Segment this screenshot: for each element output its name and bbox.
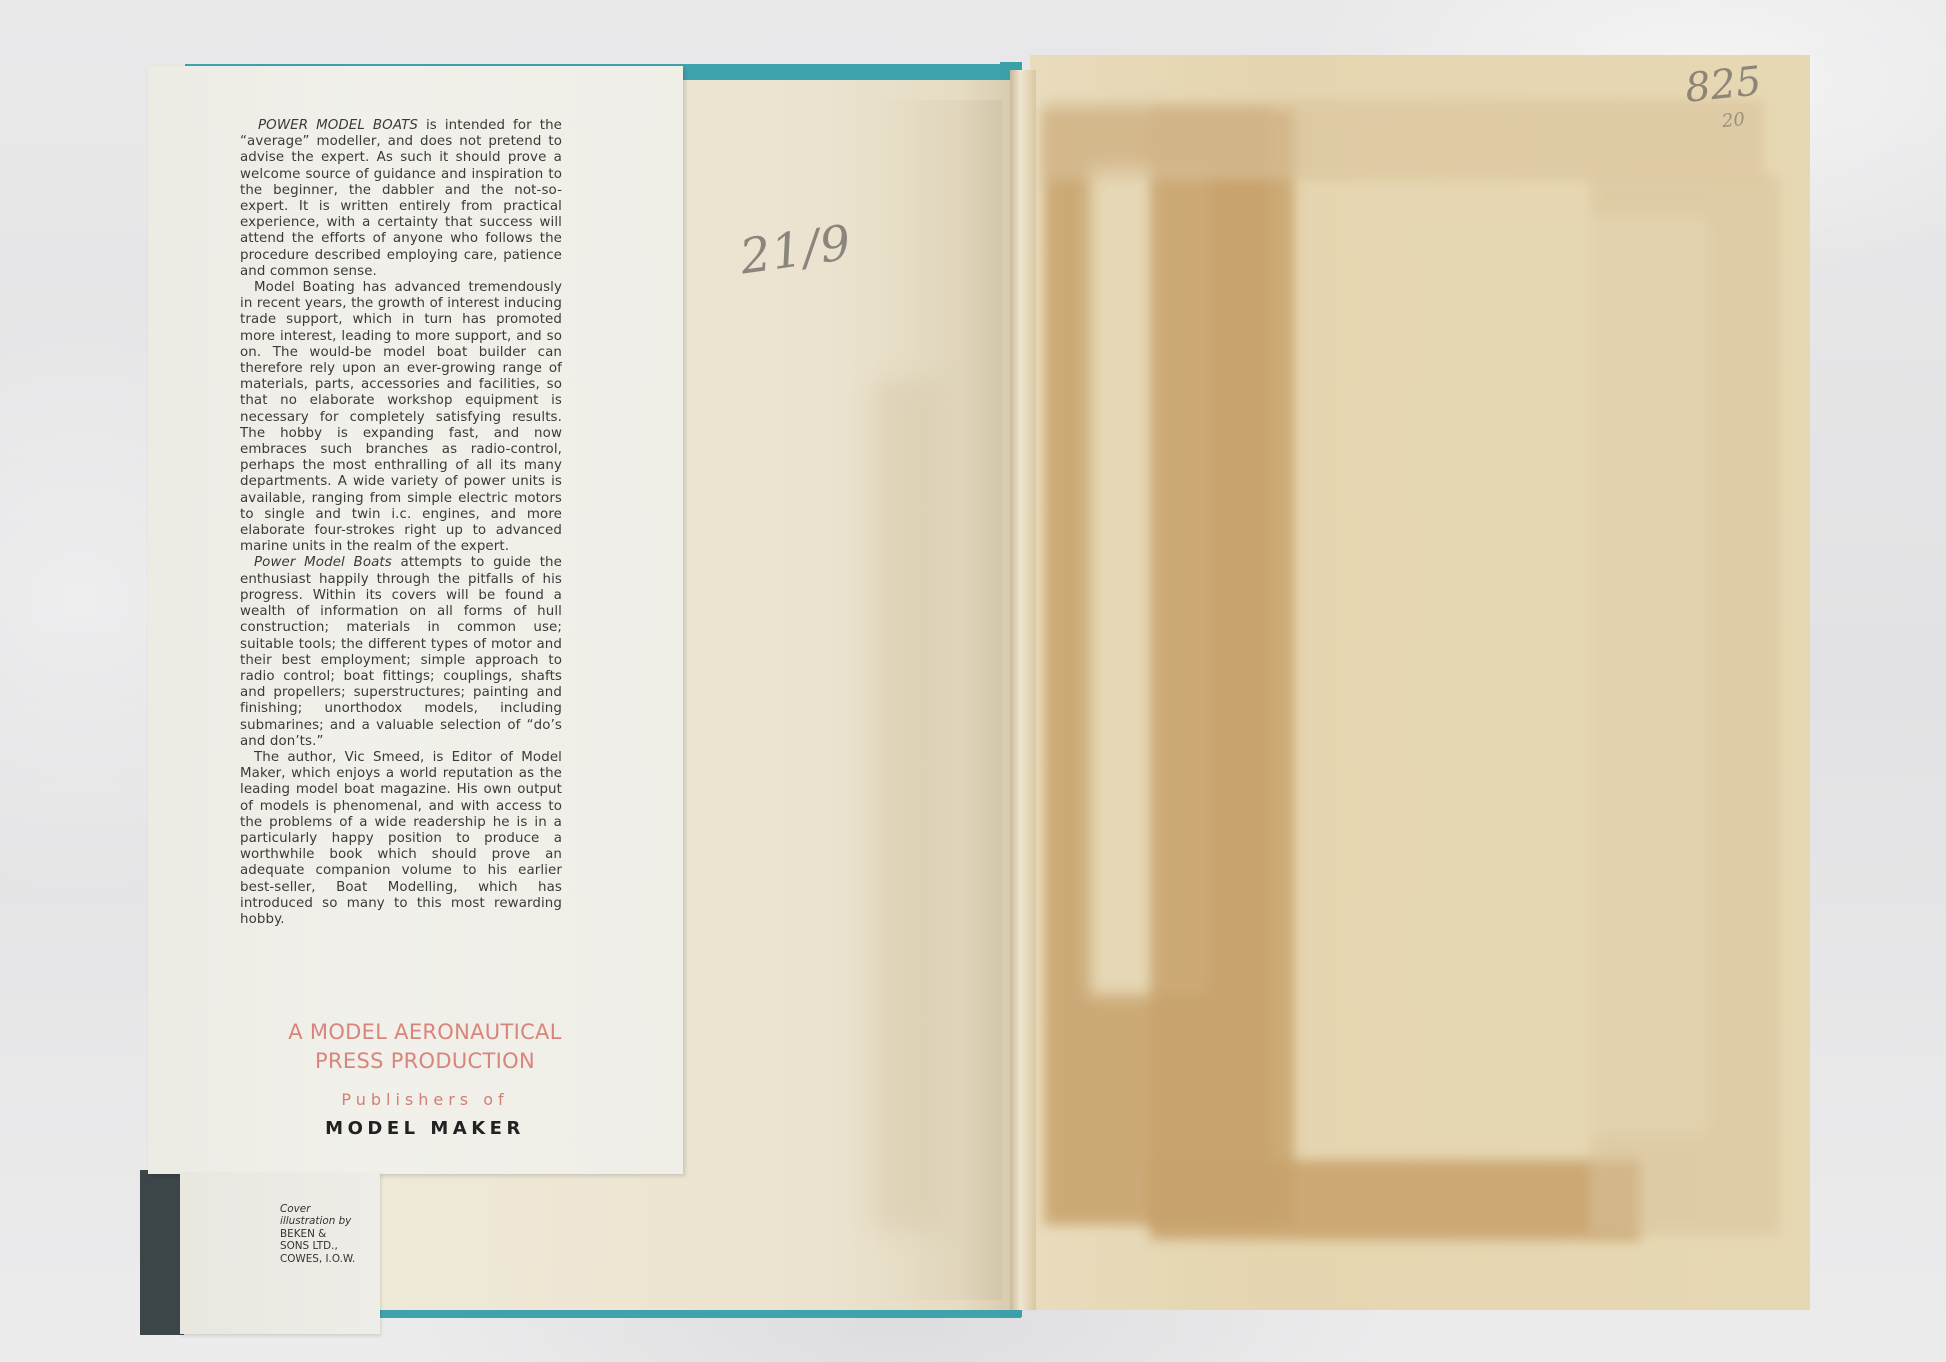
handwritten-note: 20 [1721, 109, 1746, 132]
publisher-imprint: A MODEL AERONAUTICAL PRESS PRODUCTION [200, 1018, 650, 1076]
publishers-of-label: Publishers of [200, 1090, 650, 1109]
jacket-cover-strip [140, 1170, 184, 1335]
pale-center-patch [1410, 215, 1710, 1135]
book-gutter [1010, 70, 1036, 1310]
handwritten-price: 825 [1683, 58, 1764, 112]
foxing-stain-top [1044, 100, 1764, 180]
blurb-paragraph-2: Model Boating has advanced tremendously … [240, 280, 562, 555]
stain-show-through [872, 380, 942, 1230]
front-endpaper-right [1030, 55, 1810, 1310]
blurb-paragraph-4: The author, Vic Smeed, is Editor of Mode… [240, 750, 562, 928]
foxing-stain-dark-band [1150, 110, 1270, 1225]
cover-illustration-credit: Cover illustration by BEKEN & SONS LTD.,… [280, 1203, 355, 1265]
flap-blurb: POWER MODEL BOATS is intended for the “a… [240, 118, 562, 928]
foxing-stain-bottom [1150, 1160, 1640, 1240]
blurb-paragraph-1: POWER MODEL BOATS is intended for the “a… [240, 118, 562, 280]
magazine-name: MODEL MAKER [200, 1118, 650, 1139]
blurb-paragraph-3: Power Model Boats attempts to guide the … [240, 555, 562, 749]
